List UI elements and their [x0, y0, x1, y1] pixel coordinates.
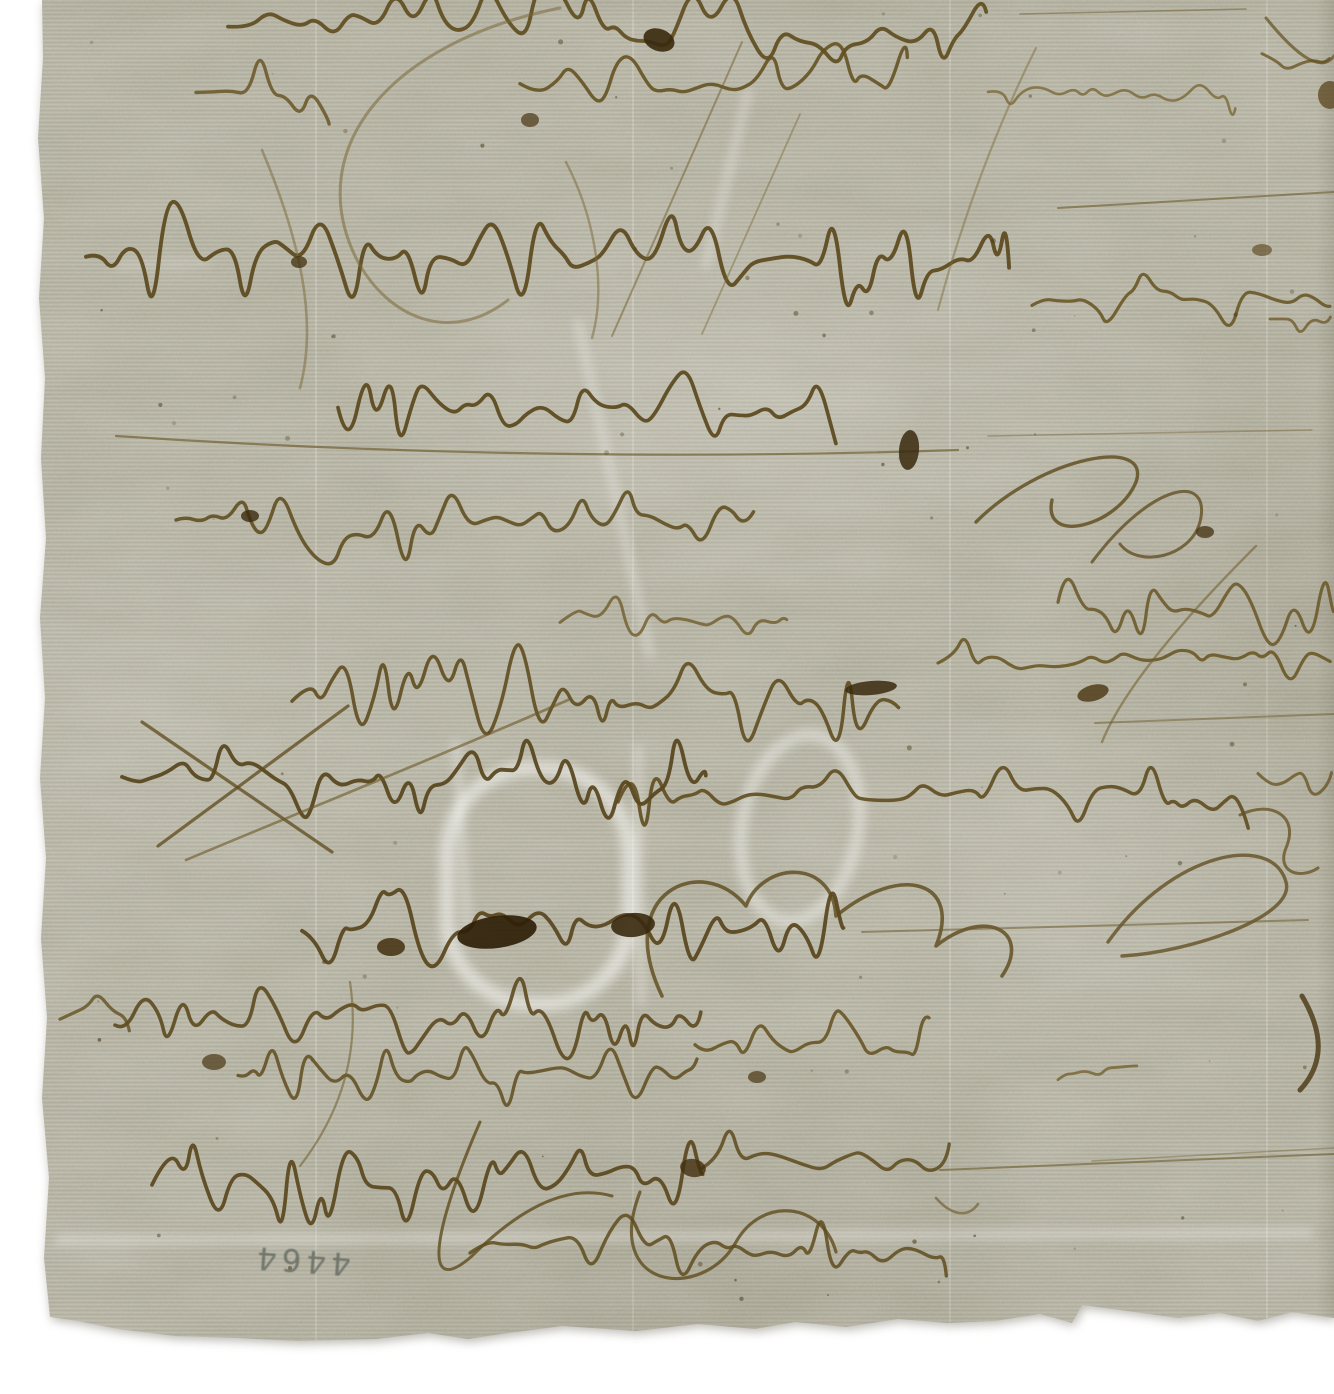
ink-speck: [213, 518, 215, 520]
handwriting-line: [520, 44, 907, 101]
handwriting-line: [292, 645, 899, 741]
ink-speck: [973, 1234, 976, 1237]
ink-speck: [542, 1156, 544, 1158]
handwriting-line: [470, 1215, 946, 1276]
ink-speck: [1074, 315, 1076, 317]
ink-speck: [978, 14, 982, 18]
ink-blot: [1318, 81, 1334, 109]
ink-speck: [859, 976, 862, 979]
ink-speck: [1243, 683, 1247, 687]
ink-blot: [241, 510, 259, 522]
handwriting-line: [176, 492, 754, 564]
ink-speck: [698, 1262, 703, 1267]
handwriting-line: [700, 1131, 949, 1170]
ink-speck: [322, 960, 326, 964]
ink-speck: [1181, 1216, 1184, 1219]
ink-speck: [363, 974, 367, 978]
ink-speck: [1032, 328, 1036, 332]
ink-speck: [1282, 1210, 1284, 1212]
ink-speck: [798, 234, 802, 238]
flourish-stroke: [1092, 491, 1202, 562]
flourish-stroke: [1240, 809, 1318, 873]
ink-speck: [332, 334, 336, 338]
handwriting-line: [115, 979, 701, 1059]
ink-blot: [640, 24, 678, 56]
handwriting-layer: [0, 0, 1334, 1394]
ink-speck: [285, 436, 290, 441]
handwriting-line: [1058, 1066, 1137, 1080]
ink-speck: [845, 1070, 849, 1074]
ink-blot: [291, 256, 307, 268]
ink-speck: [882, 12, 885, 15]
ink-speck: [869, 311, 874, 316]
ink-speck: [739, 1297, 743, 1301]
handwriting-line: [196, 60, 329, 123]
ink-speck: [793, 311, 798, 316]
flourish-stroke: [1102, 546, 1256, 742]
ink-speck: [1125, 855, 1127, 857]
ink-speck: [776, 223, 779, 226]
ink-speck: [907, 745, 912, 750]
ink-speck: [898, 456, 903, 461]
hairline-rule: [1095, 714, 1334, 723]
ink-speck: [822, 334, 826, 338]
handwriting-line: [560, 597, 787, 635]
flourish-stroke: [186, 700, 568, 860]
ink-speck: [881, 463, 884, 466]
ink-speck: [1233, 313, 1237, 317]
ink-speck: [272, 73, 274, 75]
ink-speck: [343, 129, 348, 134]
ink-speck: [158, 403, 162, 407]
handwriting-line: [1270, 317, 1330, 332]
pencil-inscription: 4464: [251, 1239, 352, 1282]
handwriting-line: [228, 0, 986, 61]
handwriting-line: [618, 768, 1248, 829]
ink-speck: [281, 772, 284, 775]
hairline-rule: [988, 430, 1312, 436]
ink-speck: [233, 395, 237, 399]
flourish-stroke: [647, 872, 1011, 996]
handwriting-line: [1058, 579, 1333, 644]
ink-speck: [1290, 289, 1294, 293]
handwriting-line: [152, 1142, 703, 1224]
ink-blot: [748, 1071, 766, 1083]
ink-blot: [202, 1054, 226, 1070]
ink-speck: [1303, 1066, 1307, 1070]
ink-speck: [157, 1234, 161, 1238]
ink-blot: [1252, 244, 1272, 256]
handwriting-line: [695, 1011, 929, 1055]
ink-blot: [377, 938, 405, 956]
ink-speck: [166, 487, 169, 490]
ink-speck: [734, 1279, 737, 1282]
ink-speck: [1058, 871, 1062, 875]
ink-speck: [827, 1294, 829, 1296]
flourish-stroke: [566, 162, 598, 338]
handwriting-line: [86, 202, 1009, 305]
flourish-stroke: [1300, 996, 1318, 1090]
ink-speck: [634, 247, 637, 250]
ink-speck: [604, 450, 609, 455]
ink-speck: [811, 1070, 813, 1072]
ink-speck: [745, 276, 749, 280]
crease-highlight: [578, 322, 650, 655]
ink-speck: [620, 432, 624, 436]
ink-speck: [1222, 139, 1226, 143]
ink-speck: [100, 309, 102, 311]
ink-speck: [1178, 861, 1182, 865]
crease-highlight: [638, 748, 641, 1002]
ink-speck: [396, 1007, 398, 1009]
hairline-rule: [940, 1154, 1334, 1170]
hairline-rule: [1020, 9, 1246, 14]
flourish-stroke: [1108, 855, 1287, 956]
ink-speck: [1230, 742, 1235, 747]
ink-speck: [558, 39, 563, 44]
ink-speck: [718, 408, 720, 410]
ink-strokes: [60, 0, 1334, 1301]
ink-speck: [930, 516, 933, 519]
ink-speck: [488, 731, 491, 734]
ink-speck: [1034, 433, 1036, 435]
flourish-stroke: [936, 1198, 978, 1213]
handwriting-line: [988, 85, 1235, 114]
ink-speck: [216, 1137, 219, 1140]
handwriting-line: [1262, 54, 1329, 69]
hairline-rule: [1058, 192, 1334, 208]
hairline-rule: [116, 436, 958, 455]
ink-speck: [393, 841, 397, 845]
ink-speck: [97, 1000, 99, 1002]
handwriting-line: [238, 1048, 697, 1106]
flourish-stroke: [976, 457, 1138, 526]
ink-blot: [1196, 526, 1214, 538]
flourish-stroke: [262, 150, 307, 388]
ink-speck: [670, 167, 673, 170]
handwriting-line: [1258, 773, 1332, 795]
flourish-stroke: [1266, 18, 1334, 63]
ink-speck: [991, 238, 996, 243]
crease-highlight: [706, 92, 748, 266]
ink-speck: [893, 855, 897, 859]
ink-speck: [98, 1038, 102, 1042]
ink-speck: [1029, 94, 1032, 97]
ink-blot: [521, 113, 539, 127]
manuscript-paper: 4464: [0, 0, 1334, 1394]
ink-speck: [1194, 235, 1196, 237]
crease-highlight: [118, 262, 210, 266]
ink-blot: [897, 429, 920, 471]
ink-speck: [1074, 1247, 1076, 1249]
handwriting-line: [338, 372, 836, 443]
flourish-stroke: [158, 706, 348, 846]
ink-speck: [912, 1239, 916, 1243]
ink-speck: [966, 446, 969, 449]
ink-speck: [480, 144, 484, 148]
ink-speck: [90, 41, 93, 44]
flourish-stroke: [938, 48, 1036, 310]
ink-speck: [1209, 1060, 1211, 1062]
ink-speck: [172, 421, 176, 425]
ink-speck: [1295, 625, 1297, 627]
ink-speck: [938, 1281, 941, 1284]
crease-highlight: [58, 1233, 1310, 1240]
ink-speck: [981, 786, 983, 788]
ink-speck: [615, 96, 617, 98]
scan-background: 4464: [0, 0, 1334, 1394]
ink-speck: [1275, 513, 1278, 516]
ink-blot: [1075, 681, 1110, 705]
ink-speck: [311, 1059, 313, 1061]
ink-speck: [1004, 893, 1006, 895]
